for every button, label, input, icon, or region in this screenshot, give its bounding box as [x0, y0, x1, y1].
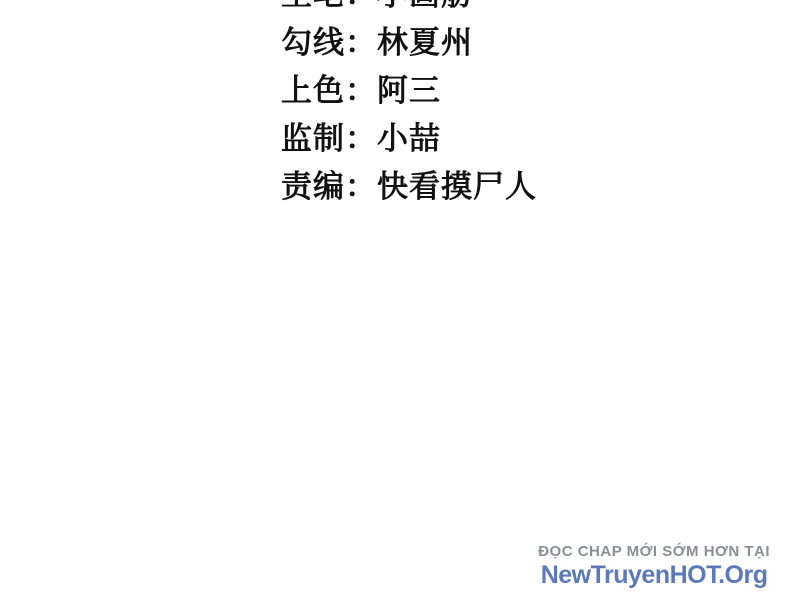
- credit-line-coloring: 上色：阿三: [281, 63, 537, 111]
- credit-line-editor: 责编：快看摸尸人: [281, 159, 537, 207]
- watermark-tagline: ĐỌC CHAP MỚI SỚM HƠN TẠI: [538, 543, 770, 560]
- watermark-site-name: NewTruyenHOT.Org: [538, 562, 770, 590]
- credits-block: 主笔：小画舫 勾线：林夏州 上色：阿三 监制：小喆 责编：快看摸尸人: [281, 0, 537, 207]
- credit-line-supervision: 监制：小喆: [281, 111, 537, 159]
- credit-line-line-art: 勾线：林夏州: [281, 15, 537, 63]
- credit-line-artist-clipped: 主笔：小画舫: [281, 0, 537, 15]
- site-watermark: ĐỌC CHAP MỚI SỚM HƠN TẠI NewTruyenHOT.Or…: [538, 543, 770, 590]
- comic-credits-page: 主笔：小画舫 勾线：林夏州 上色：阿三 监制：小喆 责编：快看摸尸人 ĐỌC C…: [0, 0, 800, 600]
